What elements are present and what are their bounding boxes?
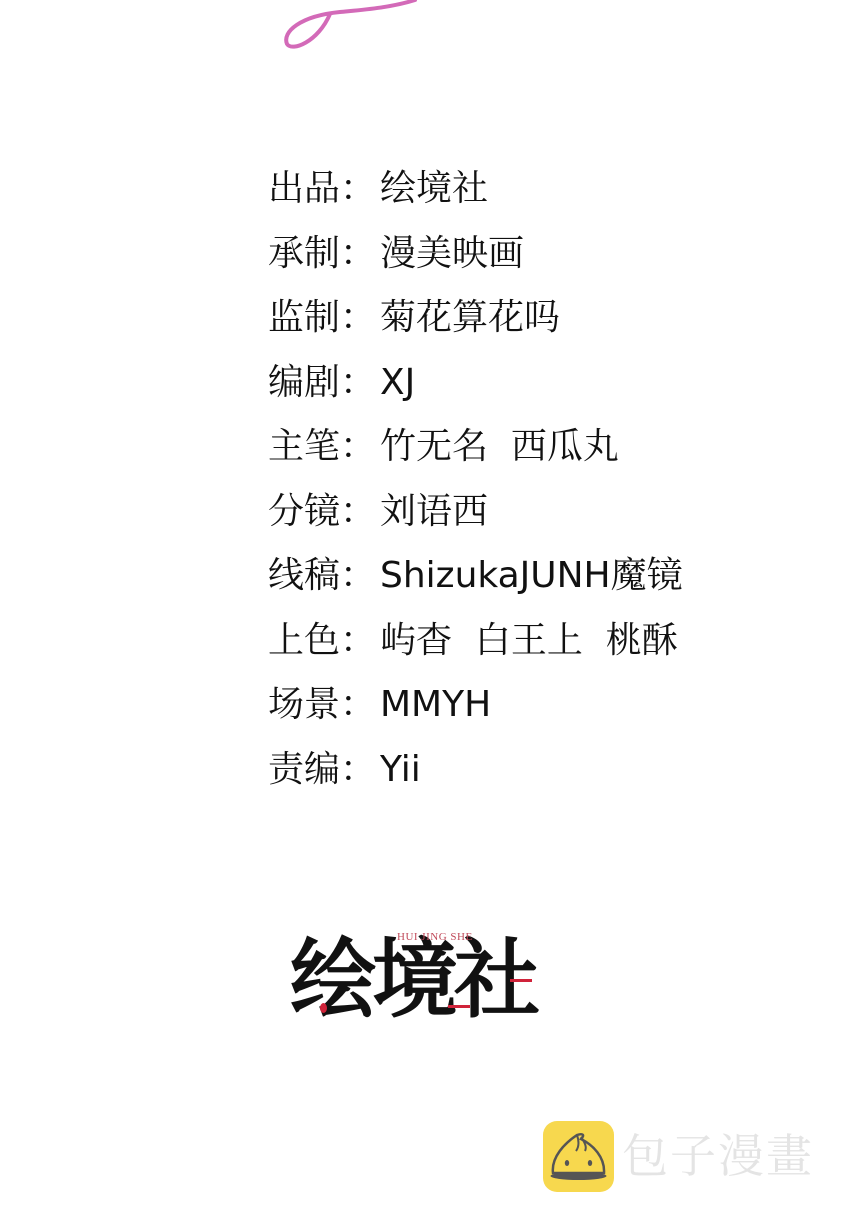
credit-role: 主笔： — [268, 424, 380, 470]
logo-accent-dot — [320, 1003, 327, 1013]
credit-row: 责编：Yii — [268, 747, 683, 812]
huijingshe-logo: 绘境社 HUI JING SHE — [290, 925, 540, 1035]
logo-accent-stroke — [510, 979, 532, 982]
credit-role: 场景： — [268, 682, 380, 728]
credit-value: MMYH — [380, 682, 491, 728]
pink-ribbon-decoration — [0, 0, 850, 80]
credit-value: 竹无名 西瓜丸 — [380, 424, 619, 470]
credit-value: 绘境社 — [380, 166, 488, 212]
logo-accent-stroke — [448, 1005, 470, 1008]
credit-value: 刘语西 — [380, 489, 488, 535]
credit-row: 监制：菊花算花吗 — [268, 295, 683, 360]
credits-list: 出品：绘境社 承制：漫美映画 监制：菊花算花吗 编剧：XJ 主笔：竹无名 西瓜丸… — [268, 166, 683, 811]
steamed-bun-icon — [543, 1121, 614, 1192]
credit-role: 出品： — [268, 166, 380, 212]
baozi-manhua-watermark: 包子漫畫 — [543, 1121, 814, 1192]
credit-value: XJ — [380, 360, 415, 406]
credit-role: 监制： — [268, 295, 380, 341]
credit-row: 主笔：竹无名 西瓜丸 — [268, 424, 683, 489]
credit-value: ShizukaJUNH魔镜 — [380, 553, 683, 599]
credit-row: 编剧：XJ — [268, 360, 683, 425]
credit-row: 上色：屿杳 白王上 桃酥 — [268, 618, 683, 683]
credit-value: 漫美映画 — [380, 231, 524, 277]
credit-value: 屿杳 白王上 桃酥 — [380, 618, 678, 664]
credit-role: 责编： — [268, 747, 380, 793]
credit-role: 线稿： — [268, 553, 380, 599]
credit-row: 线稿：ShizukaJUNH魔镜 — [268, 553, 683, 618]
credit-row: 分镜：刘语西 — [268, 489, 683, 554]
credit-value: Yii — [380, 747, 421, 793]
credit-value: 菊花算花吗 — [380, 295, 560, 341]
logo-subtitle: HUI JING SHE — [397, 931, 473, 943]
credit-role: 分镜： — [268, 489, 380, 535]
credit-role: 承制： — [268, 231, 380, 277]
credit-role: 上色： — [268, 618, 380, 664]
credit-row: 承制：漫美映画 — [268, 231, 683, 296]
watermark-text: 包子漫畫 — [622, 1121, 814, 1192]
credit-row: 出品：绘境社 — [268, 166, 683, 231]
credit-role: 编剧： — [268, 360, 380, 406]
credit-row: 场景：MMYH — [268, 682, 683, 747]
